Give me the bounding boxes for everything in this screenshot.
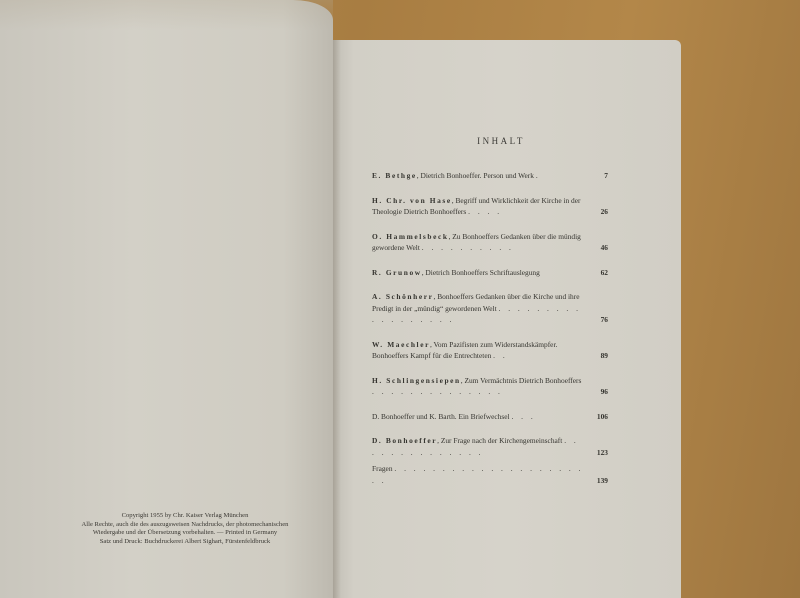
toc-page-number: 123 bbox=[586, 447, 608, 459]
toc-author: O. Hammelsbeck bbox=[372, 232, 449, 241]
toc-entry: Fragen . . . . . . . . . . . . . . . . .… bbox=[372, 463, 608, 486]
toc-author: R. Grunow bbox=[372, 268, 422, 277]
toc-page-number: 139 bbox=[586, 475, 608, 487]
toc-page-number: 7 bbox=[586, 170, 608, 182]
toc-page-number: 106 bbox=[586, 411, 608, 423]
toc-author: E. Bethge bbox=[372, 171, 417, 180]
toc-page-number: 96 bbox=[586, 386, 608, 398]
toc-entry: W. Maechler, Vom Pazifisten zum Widersta… bbox=[372, 339, 608, 362]
toc-entry-title: Fragen bbox=[372, 464, 393, 473]
toc-entry: H. Schlingensiepen, Zum Vermächtnis Diet… bbox=[372, 375, 608, 398]
toc-page-number: 89 bbox=[586, 350, 608, 362]
toc-entry: R. Grunow, Dietrich Bonhoeffers Schrifta… bbox=[372, 267, 608, 279]
copyright-line: Alle Rechte, auch die des auszugsweisen … bbox=[60, 521, 310, 530]
table-of-contents: E. Bethge, Dietrich Bonhoeffer. Person u… bbox=[372, 170, 608, 499]
toc-author: H. Chr. von Hase bbox=[372, 196, 452, 205]
toc-author: A. Schönherr bbox=[372, 292, 434, 301]
toc-page-number: 76 bbox=[586, 314, 608, 326]
toc-entry: D. Bonhoeffer, Zur Frage nach der Kirche… bbox=[372, 435, 608, 458]
toc-entry-title: Zum Vermächtnis Dietrich Bonhoeffers bbox=[464, 376, 581, 385]
toc-author: W. Maechler bbox=[372, 340, 430, 349]
toc-entry-title: Dietrich Bonhoeffer. Person und Werk bbox=[421, 171, 534, 180]
toc-entry-title: Zur Frage nach der Kirchengemeinschaft bbox=[441, 436, 562, 445]
copyright-line: Wiedergabe und der Übersetzung vorbehalt… bbox=[60, 529, 310, 538]
toc-page-number: 46 bbox=[586, 242, 608, 254]
left-page bbox=[0, 0, 333, 598]
toc-entry-title: Dietrich Bonhoeffers Schriftauslegung bbox=[425, 268, 539, 277]
toc-entry: E. Bethge, Dietrich Bonhoeffer. Person u… bbox=[372, 170, 608, 182]
toc-entry-title: D. Bonhoeffer und K. Barth. Ein Briefwec… bbox=[372, 412, 510, 421]
toc-page-number: 26 bbox=[586, 206, 608, 218]
toc-entry: O. Hammelsbeck, Zu Bonhoeffers Gedanken … bbox=[372, 231, 608, 254]
toc-entry: H. Chr. von Hase, Begriff und Wirklichke… bbox=[372, 195, 608, 218]
toc-author: H. Schlingensiepen bbox=[372, 376, 461, 385]
toc-entry: D. Bonhoeffer und K. Barth. Ein Briefwec… bbox=[372, 411, 608, 423]
copyright-line: Copyright 1955 by Chr. Kaiser Verlag Mün… bbox=[60, 512, 310, 521]
toc-entry: A. Schönherr, Bonhoeffers Gedanken über … bbox=[372, 291, 608, 326]
toc-author: D. Bonhoeffer bbox=[372, 436, 437, 445]
toc-page-number: 62 bbox=[586, 267, 608, 279]
copyright-line: Satz und Druck: Buchdruckerei Albert Sig… bbox=[60, 538, 310, 547]
copyright-notice: Copyright 1955 by Chr. Kaiser Verlag Mün… bbox=[60, 512, 310, 546]
toc-title: INHALT bbox=[335, 136, 667, 146]
